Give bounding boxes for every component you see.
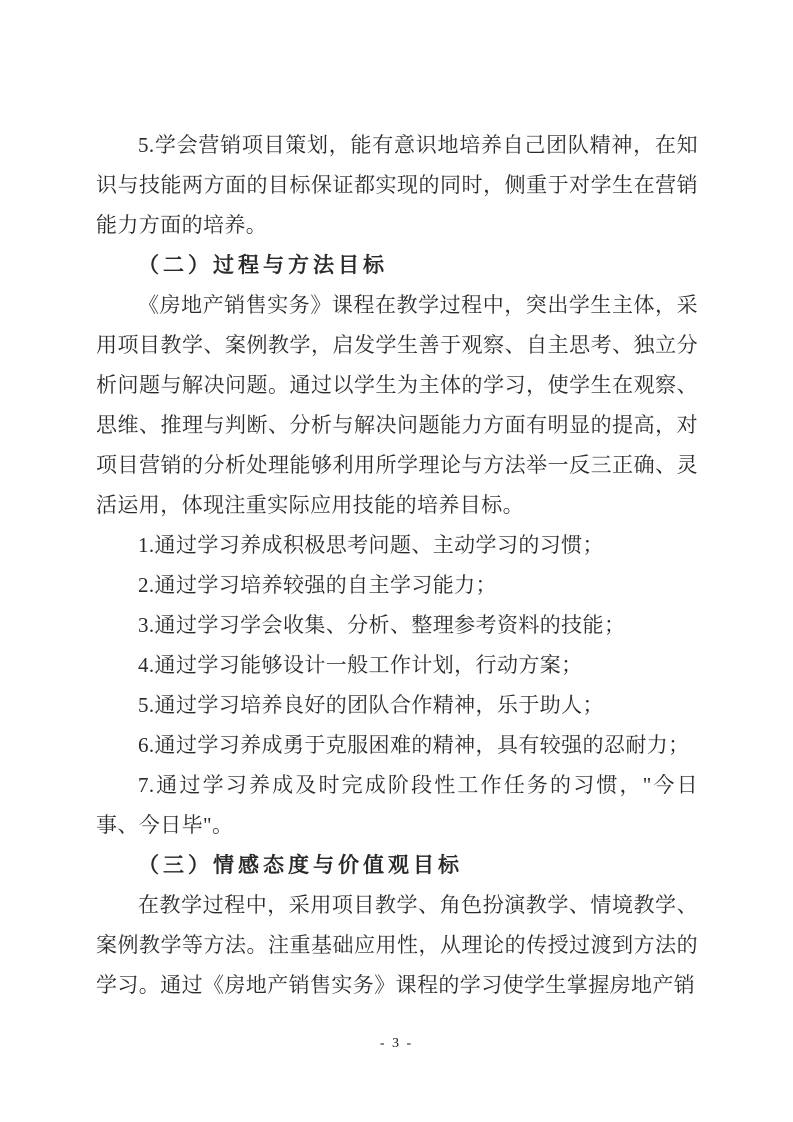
- paragraph-affective-goals-intro: 在教学过程中，采用项目教学、角色扮演教学、情境教学、案例教学等方法。注重基础应用…: [96, 885, 698, 1005]
- list-item-4: 4.通过学习能够设计一般工作计划，行动方案；: [96, 645, 698, 685]
- list-item-7: 7.通过学习养成及时完成阶段性工作任务的习惯，"今日事、今日毕"。: [96, 765, 698, 845]
- list-item-6: 6.通过学习养成勇于克服困难的精神，具有较强的忍耐力；: [96, 725, 698, 765]
- heading-affective-values-goals: （三）情感态度与价值观目标: [96, 845, 698, 885]
- heading-process-method-goals: （二）过程与方法目标: [96, 245, 698, 285]
- list-item-3: 3.通过学习学会收集、分析、整理参考资料的技能；: [96, 605, 698, 645]
- list-item-2: 2.通过学习培养较强的自主学习能力；: [96, 565, 698, 605]
- list-item-1: 1.通过学习养成积极思考问题、主动学习的习惯；: [96, 525, 698, 565]
- paragraph-knowledge-goal-5: 5.学会营销项目策划，能有意识地培养自己团队精神，在知识与技能两方面的目标保证都…: [96, 125, 698, 245]
- document-body: 5.学会营销项目策划，能有意识地培养自己团队精神，在知识与技能两方面的目标保证都…: [96, 125, 698, 1005]
- page-number: - 3 -: [380, 1036, 413, 1051]
- paragraph-course-process-intro: 《房地产销售实务》课程在教学过程中，突出学生主体，采用项目教学、案例教学，启发学…: [96, 285, 698, 525]
- page-footer: - 3 -: [0, 1034, 793, 1052]
- document-page: 5.学会营销项目策划，能有意识地培养自己团队精神，在知识与技能两方面的目标保证都…: [0, 0, 793, 1122]
- list-item-5: 5.通过学习培养良好的团队合作精神，乐于助人；: [96, 685, 698, 725]
